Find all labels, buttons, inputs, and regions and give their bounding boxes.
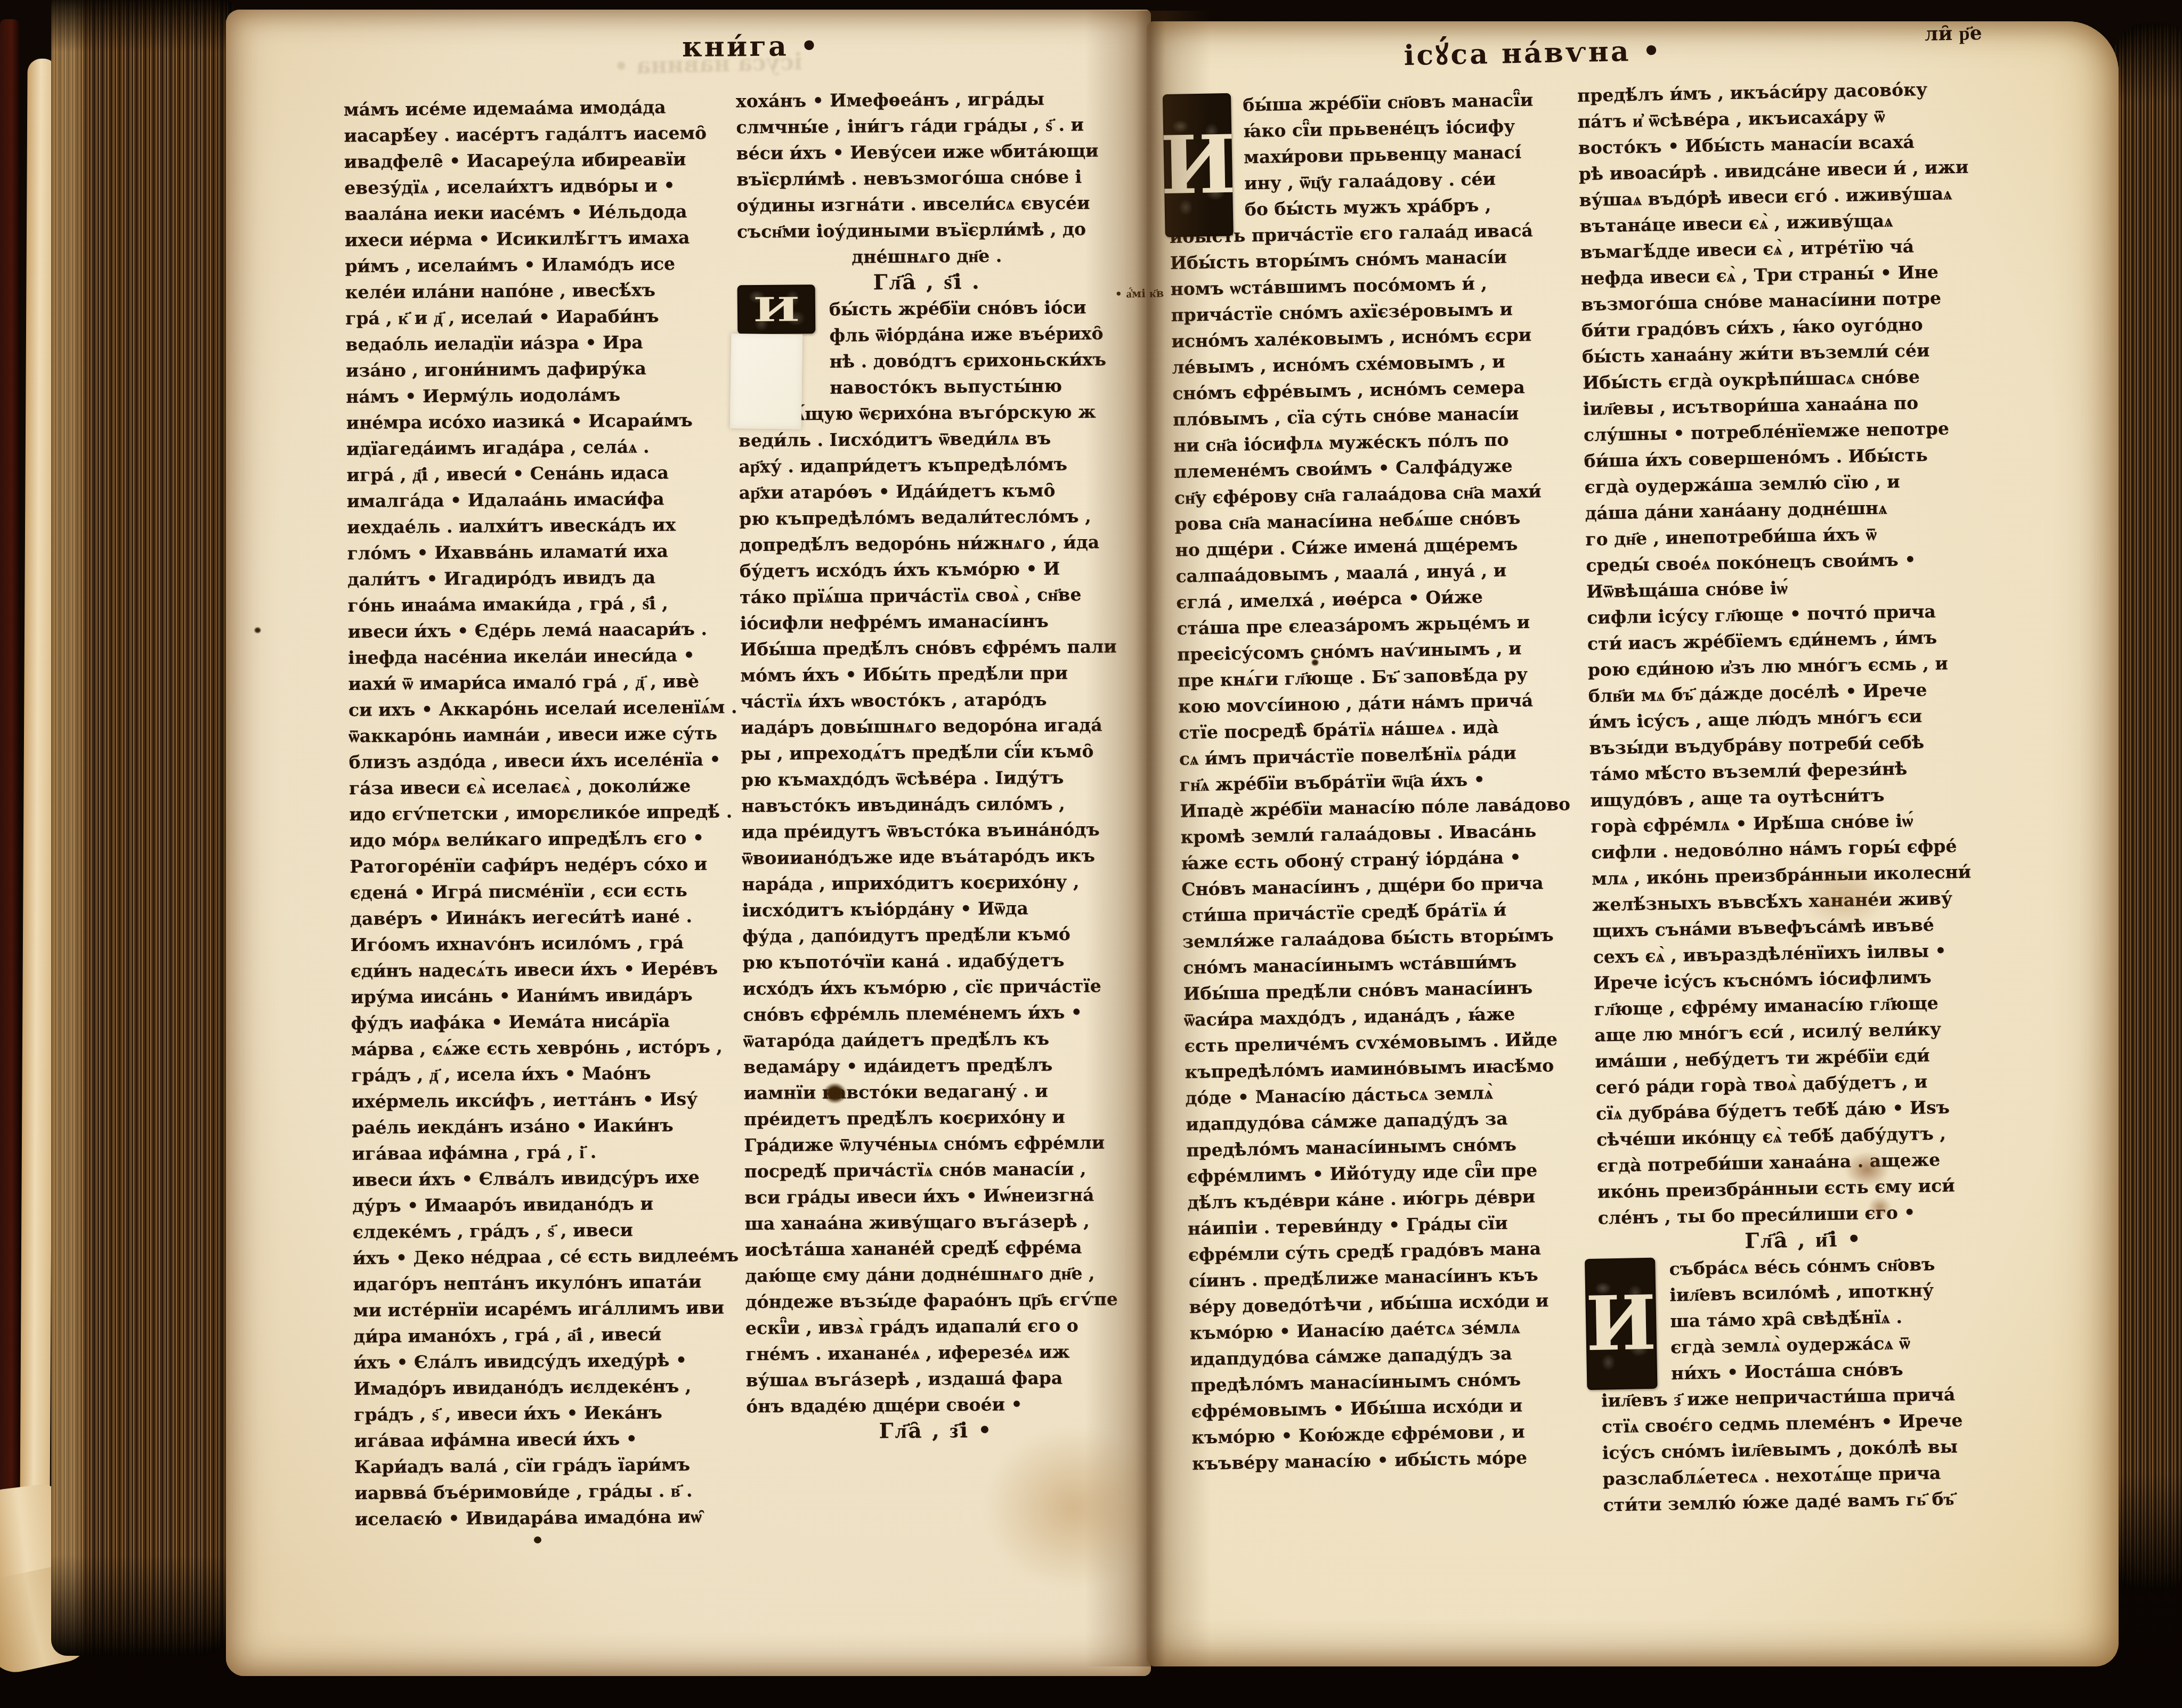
text-line: на́мъ • Иерму́ль иодола́мъ [346, 380, 724, 410]
text-line: иселаєю́ • Ивидара́ва имадо́на иѡ̑ [355, 1503, 733, 1532]
text-line: о́нъ вдаде́ю дще́ри свое́и • [746, 1390, 1125, 1420]
text-line: Имадо́ръ ивидано́дъ иєлдеке́нъ , [354, 1372, 732, 1402]
text-line: єди́нъ надесѧ́ть ивеси и́хъ • Иере́въ [351, 955, 729, 984]
text-line: ѿатаро́да даи́детъ предѣ́лъ къ [743, 1025, 1123, 1054]
text-line: Кари́адъ вала́ , сїи гра́дъ їари́мъ [354, 1451, 733, 1480]
woodcut-initial-ch16: И [737, 284, 816, 334]
text-line: рю къпредѣло́мъ ведали́тесло́мъ , [739, 503, 1118, 532]
folio-number: ли̑ р҃е [1925, 22, 1982, 45]
text-line: ивеси и́хъ • Єде́рь лема́ наасари́ъ . [348, 615, 726, 645]
text-line: го́нь инаа́ма имаки́да , гра́ , ѕ҃і , [347, 589, 726, 619]
text-line: іисхо́дитъ къіо́рда́ну • Иѿда [742, 894, 1122, 924]
text-line: иасарѣ́еу . иасе́ртъ гада́лтъ иасемо̑ [344, 119, 722, 149]
text-line: даве́ръ • Иина́къ иегеси́тѣ иане́ . [350, 902, 728, 932]
text-line: посредѣ́ прича́стїѧ сно́в манасі́и , [744, 1156, 1123, 1185]
text-line: ивеси и́хъ • Єлва́лъ ивидсу́ръ ихе [352, 1164, 731, 1193]
running-header-right: ісꙋ́са на́вѵна • [1404, 31, 1662, 74]
text-line: ма́рва , єѧ́же єсть хевро́нь , исто́ръ , [351, 1033, 729, 1062]
text-line: іо́сифли нефре́мъ иманасі́инъ [740, 607, 1119, 637]
text-line: съсн҃ми іоу́диными въїєрли́мѣ , до [737, 216, 1116, 245]
binding-cover-strip [0, 19, 19, 1639]
text-line: иахи́ ѿ имари́са имало́ гра́ , д҃ , ивѐ [348, 668, 726, 697]
text-line: идо мо́рѧ вели́каго ипредѣ́лъ єго • [350, 824, 728, 853]
text-line: слмчны́е , іни́гъ га́ди гра́ды , ѕ҃ . и [736, 111, 1115, 141]
text-line: бу́детъ исхо́дъ и́хъ къмо́рю • И [740, 555, 1119, 584]
left-page-text: ісуса навина • кни́га • ма́мъ исе́ме иде… [219, 0, 1157, 1708]
text-line: інефда насе́ниа икела́и инеси́да • [348, 641, 726, 671]
text-line: ине́мра исо́хо иазика́ • Исараи́мъ [346, 406, 724, 436]
book-photograph: ісуса навина • кни́га • ма́мъ исе́ме иде… [0, 0, 2182, 1708]
text-line: рае́ль иекда́нъ иза́но • Иаки́нъ [352, 1111, 730, 1141]
text-line: ду́ръ • Имааро́ъ ивидано́дъ и [352, 1190, 731, 1219]
woodcut-initial-ch17: И [1163, 93, 1234, 237]
text-column-2: И хоха́нъ • Имефѳеа́нъ , игра́дыслмчны́е… [736, 85, 1126, 1446]
text-line: Ибы́ша предѣ́лъ сно́въ єфре́мъ пали [740, 633, 1120, 663]
text-line: въїєрли́мѣ . невъзмого́ша сно́ве і [736, 164, 1116, 193]
text-line: рю къмахдо́дъ ѿсѣве́ра . Іиду́тъ [741, 764, 1121, 793]
text-line: навосто́къ вьпусты́ню [830, 372, 1117, 401]
text-line: сно́въ єфре́мль племе́немъ и́хъ • [743, 999, 1122, 1028]
text-line: ескї̑и , ивзѧ̀ гра́дъ идапали́ єго о [745, 1312, 1125, 1341]
text-line: ивадфеле̑ • Иасареу́ла ибиреавїи [344, 145, 723, 175]
text-line: Ратогоре́нїи сафи́ръ неде́ръ со́хо и [350, 850, 728, 880]
text-column-1: ма́мъ исе́ме идемаа́ма имода́даиасарѣ́еу… [344, 93, 733, 1532]
text-line: нѣ . дово́дтъ єрихоньски́хъ [830, 346, 1117, 375]
text-line: ведама́ру • ида́идетъ предѣ́лъ [743, 1051, 1123, 1080]
text-line: га́за ивеси єѧ̀ иселаєѧ̀ , доколи́же [349, 772, 727, 801]
left-page-edge-stack [51, 0, 237, 1656]
text-line: ар҃ху́ . идапри́детъ къпредѣло́мъ [739, 451, 1118, 480]
right-page-text: ісꙋ́са на́вѵна • ли̑ р҃е • а҆́мі к҃в И б… [1131, 0, 2182, 1708]
text-line: гне́мъ . иханане́ѧ , иферезе́ѧ иж [745, 1338, 1125, 1368]
text-line: ваала́на иеки иасе́мъ • Ие́льдода [344, 198, 723, 227]
text-line: ѿаккаро́нь иамна́и , ивеси иже су́ть [348, 720, 727, 749]
text-line: иамнїи навсто́ки ведагану́ . и [743, 1077, 1123, 1107]
text-line: ималга́да • Идалаа́нь имаси́фа [347, 485, 725, 514]
text-line: бы́сть жре́бїи сно́въ іо́си [829, 294, 1117, 322]
text-line: фу́дъ иафа́ка • Иема́та ниса́рїа [351, 1007, 729, 1036]
text-line: ар҃хи атаро́ѳъ • Ида́и́детъ къмо̑ [739, 477, 1118, 506]
text-line: идаго́ръ непта́нъ икуло́нъ ипата́и [353, 1268, 731, 1297]
running-header-left: кни́га • [682, 30, 821, 63]
text-line: дали́тъ • Игадиро́дъ ивидъ да [347, 563, 726, 592]
text-line: идїагеда́имъ игада́ра , села́ѧ . [346, 433, 725, 462]
text-line: даю́ще єму да́ни додне́шнѧго дн҃е , [745, 1260, 1124, 1289]
text-line: ры , ипреходѧ́тъ предѣ́ли сї́и къмо̑ [741, 738, 1120, 767]
text-line: дне́шнѧго дн҃е . [737, 242, 1116, 271]
text-line: ву́шаѧ въга́зерѣ , издаша́ фара [746, 1364, 1125, 1394]
text-line: ма́мъ исе́ме идемаа́ма имода́да [344, 93, 722, 123]
text-line: Иго́омъ ихнаѵо́нъ исило́мъ , гра́ [350, 929, 728, 958]
text-line: ми исте́рнїи исаре́мъ ига́ллимъ иви [353, 1294, 732, 1323]
text-line: Гра́диже ѿлуче́ныѧ сно́мъ єфре́мли [744, 1129, 1123, 1159]
text-column-4: И предѣ́лъ и́мъ , икъа́си́ру дасово́купа… [1577, 75, 2014, 1518]
text-line: и́хъ • Деко не́драа , се́ єсть видлее́мъ [353, 1242, 731, 1271]
text-line: иру́ма ииса́нь • Иани́мъ ивида́ръ [351, 981, 729, 1010]
text-line: гра́дъ , ѕ҃ , ивеси и́хъ • Иека́нъ [354, 1398, 732, 1428]
text-line: близъ аздо́да , ивеси и́хъ иселе́нїа • [348, 746, 727, 775]
text-line: ѿвоииано́дъже иде въа́таро́дъ икъ [742, 842, 1121, 872]
text-column-3: И бы́ша жре́бїи сн҃овъ манасї̑иꙗ́ко сї̑и… [1167, 86, 1591, 1476]
text-line: ведао́ль иеладїи иа́зра • Ира [345, 328, 724, 357]
text-line: ига́ваа ифа́мна ивеси́ и́хъ • [354, 1425, 732, 1454]
text-line: пре́идетъ предѣ́лъ коєрихо́ну и [744, 1103, 1123, 1133]
text-line: оу́дины изгна́ти . ивсели́сѧ євусе́и [736, 190, 1116, 219]
text-line: єлдеке́мъ , гра́дъ , ѕ҃ , ивеси [352, 1216, 731, 1245]
text-line: та́ко прїѧ́ша прича́стїѧ своѧ̀ , сн҃ве [740, 581, 1119, 611]
text-line: нара́да , иприхо́дитъ коєрихо́ну , [742, 868, 1121, 898]
text-line: мо́мъ и́хъ • Ибы́ть предѣ́ли при [740, 660, 1120, 689]
text-line: иза́но , игони́нимъ дафиру́ка [346, 354, 724, 384]
text-line: исхо́дъ и́хъ къмо́рю , сїє прича́стїе [743, 973, 1122, 1002]
text-line: хоха́нъ • Имефѳеа́нъ , игра́ды [736, 85, 1115, 115]
text-line: Гл҃а̑ , з҃і • [746, 1417, 1125, 1446]
text-line: ига́ваа ифа́мна , гра́ , і҃ . [352, 1137, 730, 1167]
text-line: ве́си и́хъ • Иеву́сеи иже ѡбита́ющи [736, 137, 1115, 167]
text-line: евезу́дїѧ , иселаи́хтъ идво́ры и • [344, 172, 723, 201]
text-line: ихеси ие́рма • Исикилѣ́гтъ имаха [345, 224, 723, 253]
text-line: ихе́рмель икси́фъ , иетта́нъ • Иѕу́ [351, 1085, 729, 1115]
text-line: гра́дъ , д҃ , исела и́хъ • Мао́нъ [351, 1059, 729, 1088]
text-line: гло́мъ • Ихавва́нь иламати́ иха [347, 537, 725, 566]
text-line: иарвва́ бъе́римови́де , гра́ды . в҃ . [354, 1477, 733, 1506]
text-line: єдена́ • Игра́ писме́нїи , єси єсть [350, 876, 728, 906]
text-line: допредѣ́лъ ведоро́нь ни́жнѧго , и́да [739, 529, 1118, 558]
text-line: иада́ръ довы́шнѧго ведоро́на игада́ [741, 712, 1120, 741]
text-line: идо єгѵ́петски , иморєлико́е ипредѣ́ . [349, 798, 727, 827]
text-line: рю къпото́чїи кана́ . идабу́детъ [742, 947, 1122, 976]
text-line: гра́ , к҃ и д҃ , иселаи́ • Иараби́нъ [345, 302, 724, 331]
text-line: ри́мъ , иселаи́мъ • Иламо́дъ исе [345, 250, 723, 279]
text-line: си ихъ • Аккаро́нь иселаи́ иселенїѧ́м . [348, 694, 727, 723]
paper-repair-patch [730, 334, 802, 429]
text-line: ча́стїѧ и́хъ ѡвосто́къ , атаро́дъ [741, 686, 1120, 715]
text-line: до́ндеже възы́де фарао́нъ цр҃ь єгѵ́пе [745, 1286, 1124, 1315]
text-line: иосѣта́ша ханане́й средѣ́ єфре́ма [745, 1234, 1124, 1263]
woodcut-initial-ch18: И [1585, 1258, 1657, 1390]
text-line: вси гра́ды ивеси и́хъ • Иѡ́неизгна́ [744, 1182, 1124, 1211]
text-line: ди́ра имано́хъ , гра́ , а҃і , ивеси́ [353, 1320, 732, 1349]
text-line: ида пре́идутъ ѿвъсто́ка въина́но́дъ [741, 816, 1121, 845]
marginal-note: • а҆́мі к҃в [1115, 286, 1164, 301]
text-line: фль ѿіо́рда́на иже въе́рихо̑ [829, 320, 1117, 348]
text-line: и́хъ • Єла́лъ ивидсу́дъ ихеду́рѣ • [353, 1346, 732, 1376]
text-line: навъсто́къ ивъдина́дъ сило́мъ , [741, 790, 1121, 819]
text-line: ша ханаа́на живу́щаго въга́зерѣ , [744, 1208, 1124, 1237]
text-line: келе́и ила́ни напо́не , ивесѣ́хъ [345, 276, 724, 305]
text-line: фу́да , дапо́идутъ предѣ́ли къмо́ [742, 921, 1122, 950]
text-line: игра́ , д҃і , ивеси́ • Сена́нь идаса [346, 459, 725, 488]
text-line: иехдае́ль . иалхи́тъ ивеска́дъ их [347, 511, 725, 540]
